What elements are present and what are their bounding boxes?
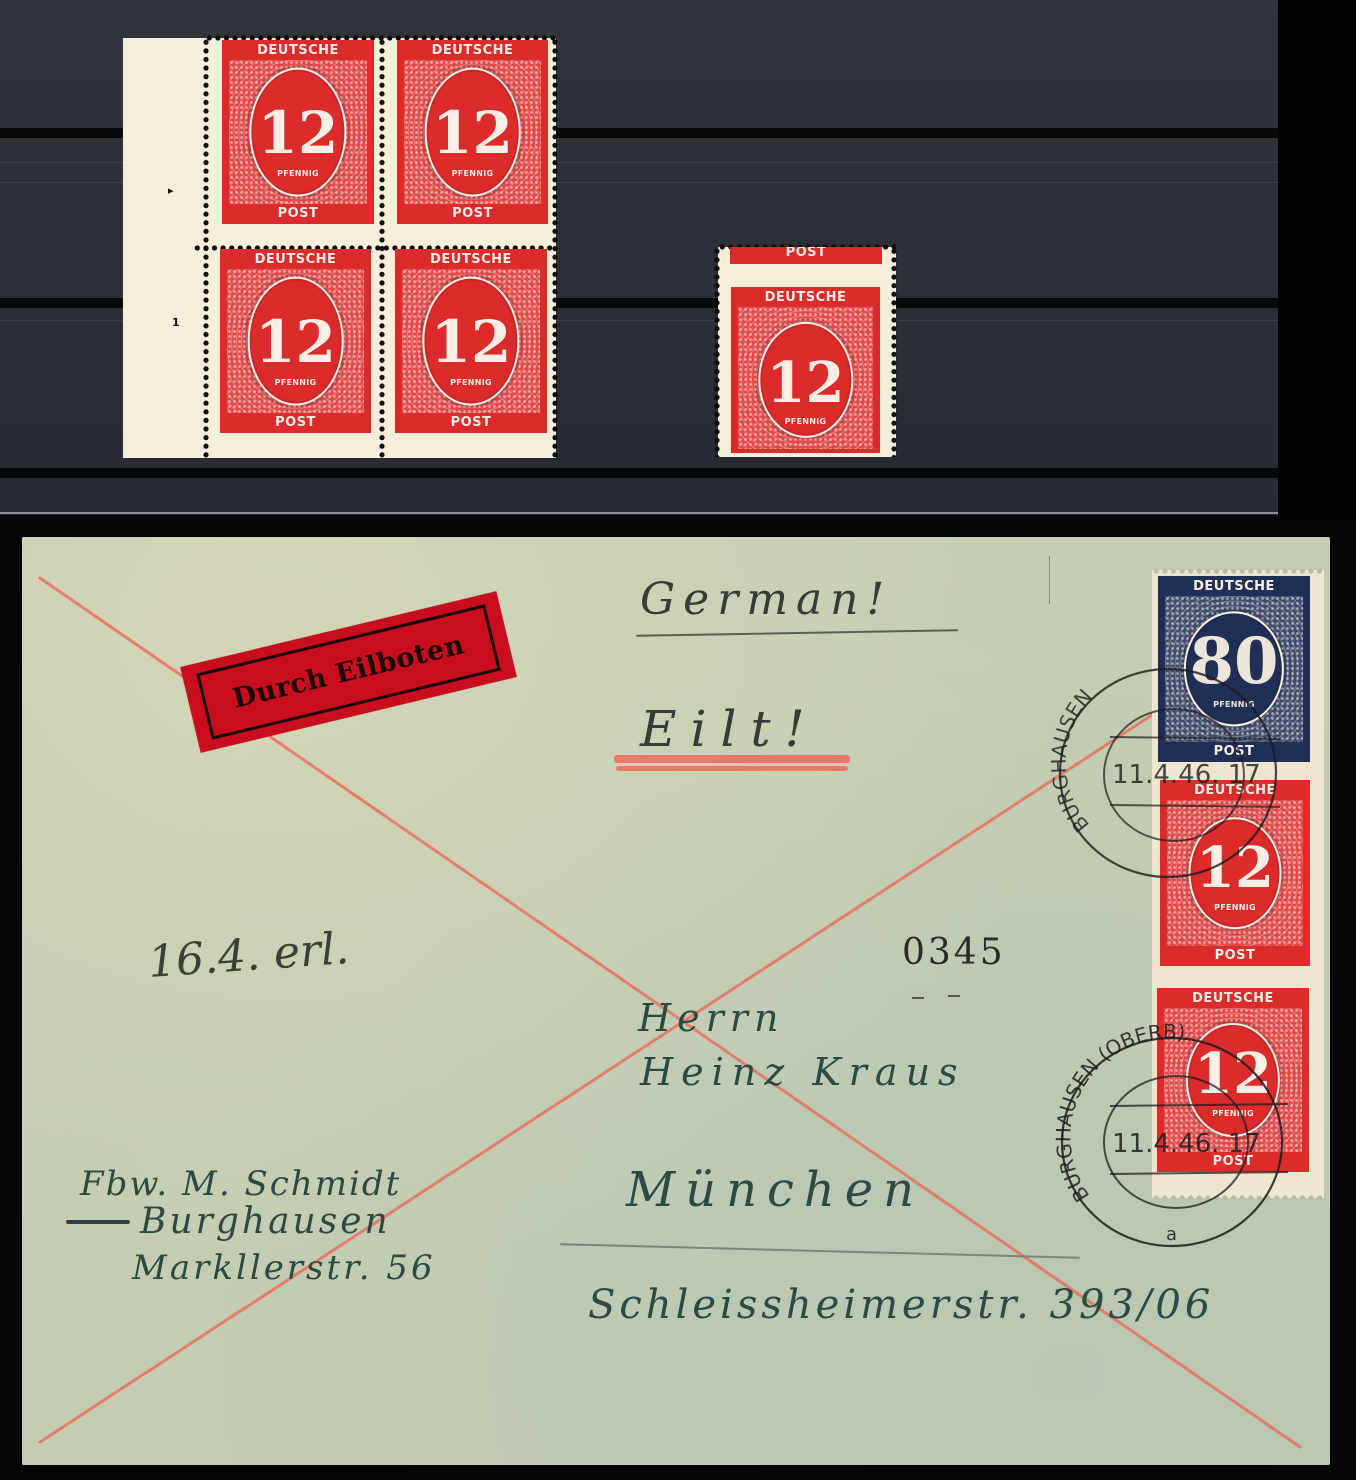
red-underline	[616, 766, 848, 771]
svg-text:BURGHAUSEN: BURGHAUSEN	[1050, 684, 1097, 837]
stamp-post: POST	[395, 415, 547, 431]
recipient-name: Heinz Kraus	[640, 1050, 966, 1094]
postmark-place: BURGHAUSEN (OBERB)	[1051, 1019, 1186, 1206]
stamp-country: DEUTSCHE	[731, 290, 880, 306]
registration-number: 0345	[902, 932, 1006, 973]
background-edge	[1278, 0, 1356, 520]
stamp-unit: PFENNIG	[731, 417, 880, 426]
stamp-post: POST	[220, 415, 371, 431]
margin-mark: 1	[172, 316, 180, 329]
stamp-post: POST	[222, 206, 374, 222]
stamp-country: DEUTSCHE	[1157, 991, 1309, 1007]
note-eilt: Eilt!	[640, 700, 819, 758]
stamp-value: 12	[220, 313, 371, 371]
stamp-country: DEUTSCHE	[222, 43, 374, 59]
recipient-salutation: Herrn	[638, 996, 784, 1040]
stamp-unit: PFENNIG	[1160, 903, 1310, 912]
red-underline	[614, 755, 850, 763]
perforation	[713, 247, 721, 457]
stamp-unit: PFENNIG	[222, 169, 374, 178]
stamp-country: DEUTSCHE	[220, 252, 371, 268]
stamp-12-pfennig: DEUTSCHE 12 PFENNIG POST	[222, 40, 374, 224]
postmark-upper: BURGHAUSEN 11.4.46. 17	[1050, 655, 1290, 895]
margin-mark: ▸	[168, 184, 174, 197]
stamp-unit: PFENNIG	[397, 169, 548, 178]
stamp-unit: PFENNIG	[220, 378, 371, 387]
sender-name: Fbw. M. Schmidt	[80, 1164, 401, 1204]
stamp-value: 12	[222, 104, 374, 162]
stamp-country: DEUTSCHE	[397, 43, 548, 59]
stockpage-strip	[0, 468, 1278, 478]
reg-dash	[948, 995, 960, 997]
postmark-place: BURGHAUSEN	[1050, 684, 1097, 837]
postmark-date: 11.4.46. 17	[1112, 760, 1261, 790]
note-german: German!	[640, 574, 892, 625]
stamp-value: 12	[395, 313, 547, 371]
sender-underline	[66, 1220, 130, 1224]
stamp-12-pfennig: DEUTSCHE 12 PFENNIG POST	[397, 40, 548, 224]
stamp-post: POST	[397, 206, 548, 222]
sender-city: Burghausen	[140, 1201, 391, 1242]
stockpage-edge	[0, 512, 1278, 514]
perforation	[1152, 567, 1324, 575]
svg-text:BURGHAUSEN (OBERB): BURGHAUSEN (OBERB)	[1051, 1019, 1186, 1206]
stamp-post: POST	[1160, 948, 1310, 964]
stamp-unit: PFENNIG	[395, 378, 547, 387]
recipient-city: München	[626, 1162, 924, 1218]
postmark-letter: a	[1166, 1224, 1177, 1245]
stamp-12-pfennig: DEUTSCHE 12 PFENNIG POST	[220, 249, 371, 433]
stamp-country: DEUTSCHE	[1158, 579, 1310, 595]
stamp-value: 12	[397, 104, 548, 162]
stamp-value: 12	[731, 355, 880, 411]
stamp-12-pfennig: DEUTSCHE 12 PFENNIG POST	[395, 249, 547, 433]
misplaced-post-strip: POST	[730, 247, 882, 264]
stamp-country: DEUTSCHE	[395, 252, 547, 268]
postmark-date: 11.4.46. 17	[1112, 1129, 1261, 1159]
recipient-street: Schleissheimerstr. 393/06	[588, 1282, 1214, 1328]
envelope-tear	[1049, 556, 1063, 604]
stamp-12-pfennig: DEUTSCHE 12 PFENNIG	[731, 287, 880, 453]
postmark-lower: BURGHAUSEN (OBERB) 11.4.46. 17 a	[1048, 1018, 1298, 1258]
sender-street: Markllerstr. 56	[132, 1248, 436, 1288]
perforation	[890, 247, 898, 457]
stamp-post: POST	[730, 247, 882, 261]
reg-dash	[912, 997, 924, 999]
